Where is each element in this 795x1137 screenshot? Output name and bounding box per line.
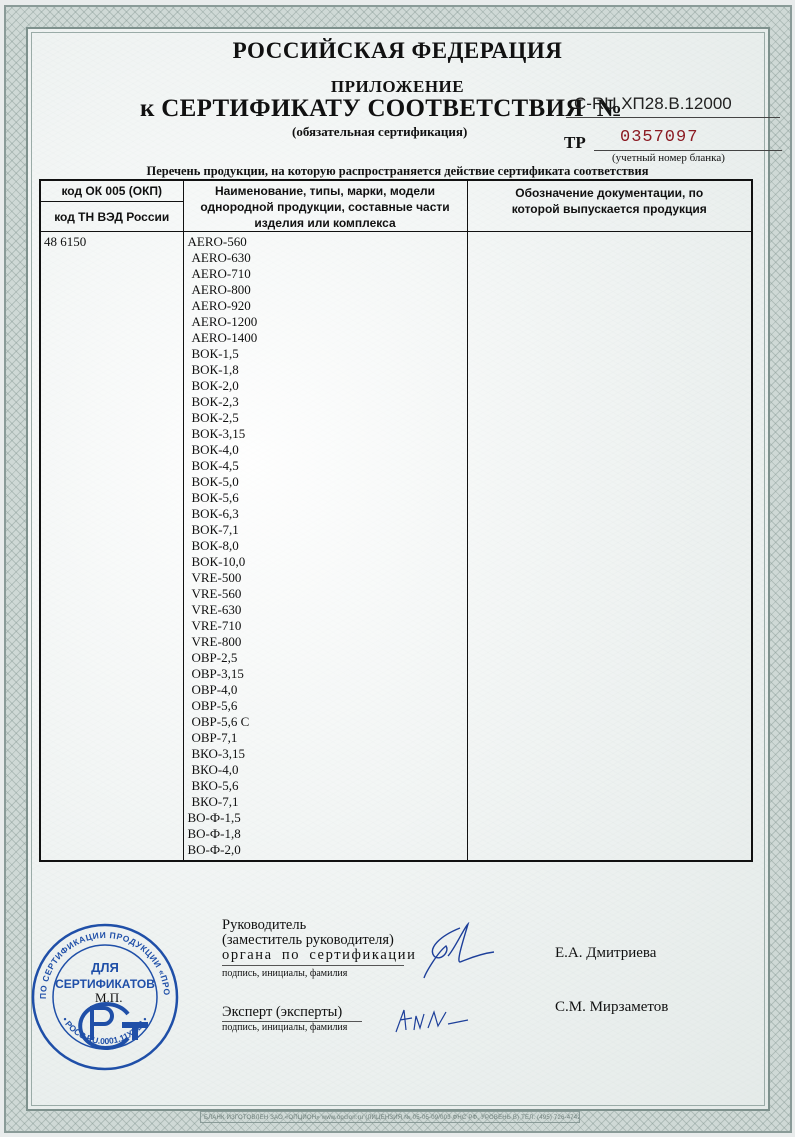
expert-signature-icon — [392, 1004, 472, 1036]
certification-type: (обязательная сертификация) — [292, 124, 467, 140]
product-item: VRE-560 — [188, 586, 463, 602]
certificate-title: к СЕРТИФИКАТУ СООТВЕТСТВИЯ № — [140, 95, 622, 123]
product-item: AERO-560 — [188, 234, 463, 250]
product-item: ВКО-4,0 — [188, 762, 463, 778]
product-item: ОВР-5,6 С — [188, 714, 463, 730]
product-item: ВОК-2,5 — [188, 410, 463, 426]
head-role: Руководитель (заместитель руководителя) … — [222, 918, 416, 963]
product-item: ВОК-4,5 — [188, 458, 463, 474]
product-item: AERO-710 — [188, 266, 463, 282]
seal-mark: М.П. — [95, 990, 122, 1006]
product-item: ВО-Ф-1,5 — [188, 810, 463, 826]
certificate-number: C-RU.ХП28.В.12000 — [574, 94, 732, 114]
product-item: ВОК-1,8 — [188, 362, 463, 378]
product-item: ОВР-2,5 — [188, 650, 463, 666]
product-item: ОВР-3,15 — [188, 666, 463, 682]
product-item: ВКО-3,15 — [188, 746, 463, 762]
header-documentation: Обозначение документации, по которой вып… — [467, 180, 752, 232]
printer-imprint: БЛАНК ИЗГОТОВЛЕН ЗАО «ОПЦИОН» www.opcion… — [200, 1111, 580, 1123]
header-documentation-text: Обозначение документации, по которой вып… — [509, 185, 709, 217]
svg-text:ДЛЯ: ДЛЯ — [91, 960, 119, 975]
product-item: ВОК-1,5 — [188, 346, 463, 362]
product-item: ВОК-2,0 — [188, 378, 463, 394]
product-item: ВО-Ф-1,8 — [188, 826, 463, 842]
product-documentation — [467, 232, 752, 862]
form-number-caption: (учетный номер бланка) — [612, 152, 725, 164]
product-item: ОВР-5,6 — [188, 698, 463, 714]
expert-name: С.М. Мирзаметов — [555, 999, 668, 1016]
product-item: VRE-800 — [188, 634, 463, 650]
product-items: AERO-560AERO-630AERO-710AERO-800AERO-920… — [183, 232, 467, 862]
product-item: ВОК-8,0 — [188, 538, 463, 554]
head-name: Е.А. Дмитриева — [555, 945, 656, 962]
header-okp-code: код ОК 005 (ОКП) — [40, 180, 183, 201]
product-table: код ОК 005 (ОКП) Наименование, типы, мар… — [39, 179, 753, 862]
product-item: VRE-500 — [188, 570, 463, 586]
expert-role: Эксперт (эксперты) — [222, 1004, 342, 1021]
product-item: ВОК-6,3 — [188, 506, 463, 522]
product-item: ВОК-4,0 — [188, 442, 463, 458]
head-signature-caption: подпись, инициалы, фамилия — [222, 968, 347, 979]
product-item: VRE-710 — [188, 618, 463, 634]
product-item: ВОК-5,6 — [188, 490, 463, 506]
product-item: ВОК-5,0 — [188, 474, 463, 490]
form-number: 0357097 — [620, 128, 698, 147]
head-signature-icon — [420, 922, 500, 982]
product-item: ОВР-7,1 — [188, 730, 463, 746]
header-product-name: Наименование, типы, марки, модели одноро… — [183, 180, 467, 232]
product-item: ВОК-2,3 — [188, 394, 463, 410]
product-item: ВОК-7,1 — [188, 522, 463, 538]
product-item: AERO-800 — [188, 282, 463, 298]
expert-signature-caption: подпись, инициалы, фамилия — [222, 1022, 347, 1033]
head-signature-line — [222, 965, 404, 966]
product-code: 48 6150 — [40, 232, 183, 862]
product-item: AERO-1200 — [188, 314, 463, 330]
form-series: ТР — [564, 133, 586, 153]
table-header-row: код ОК 005 (ОКП) Наименование, типы, мар… — [40, 180, 752, 201]
product-item: VRE-630 — [188, 602, 463, 618]
header-tnved-code: код ТН ВЭД России — [40, 201, 183, 231]
product-item: AERO-1400 — [188, 330, 463, 346]
head-role-line1: Руководитель — [222, 918, 416, 933]
product-item: AERO-630 — [188, 250, 463, 266]
product-item: ВКО-5,6 — [188, 778, 463, 794]
product-item: ВКО-7,1 — [188, 794, 463, 810]
product-list-caption: Перечень продукции, на которую распростр… — [0, 164, 795, 179]
table-row: 48 6150 AERO-560AERO-630AERO-710AERO-800… — [40, 232, 752, 862]
head-role-line2: (заместитель руководителя) — [222, 933, 416, 948]
country-title: РОССИЙСКАЯ ФЕДЕРАЦИЯ — [0, 38, 795, 64]
product-item: AERO-920 — [188, 298, 463, 314]
product-item: ВОК-3,15 — [188, 426, 463, 442]
svg-text:СЕРТИФИКАТОВ: СЕРТИФИКАТОВ — [55, 977, 155, 991]
product-item: ВОК-10,0 — [188, 554, 463, 570]
head-role-line3: органа по сертификации — [222, 948, 416, 963]
product-item: ОВР-4,0 — [188, 682, 463, 698]
product-item: ВО-Ф-2,0 — [188, 842, 463, 858]
